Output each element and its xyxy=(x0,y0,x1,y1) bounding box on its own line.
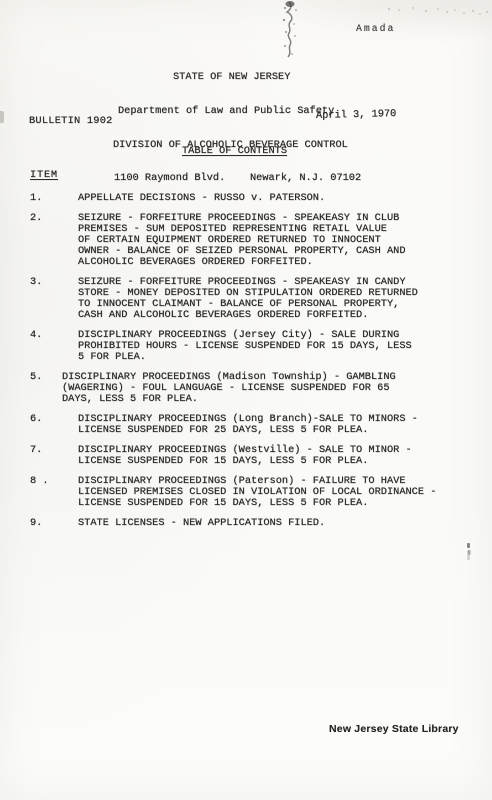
toc-item: 5. DISCIPLINARY PROCEEDINGS (Madison Tow… xyxy=(0,372,492,405)
toc-item: 7. DISCIPLINARY PROCEEDINGS (Westville) … xyxy=(0,445,492,467)
item-number: 2. xyxy=(30,213,42,224)
org-line-address: 1100 Raymond Blvd. Newark, N.J. 07102 xyxy=(114,173,361,184)
item-text: DISCIPLINARY PROCEEDINGS (Long Branch)-S… xyxy=(78,414,470,436)
item-text: APPELLATE DECISIONS - RUSSO v. PATERSON. xyxy=(78,193,470,204)
toc-item: 1. APPELLATE DECISIONS - RUSSO v. PATERS… xyxy=(0,193,492,204)
toc-item: 2. SEIZURE - FORFEITURE PROCEEDINGS - SP… xyxy=(0,213,492,268)
toc-item: 8 . DISCIPLINARY PROCEEDINGS (Paterson) … xyxy=(0,476,492,509)
item-number: 8 . xyxy=(30,476,49,487)
item-text: SEIZURE - FORFEITURE PROCEEDINGS - SPEAK… xyxy=(78,277,470,321)
toc-item: 9. STATE LICENSES - NEW APPLICATIONS FIL… xyxy=(0,518,492,529)
library-stamp: New Jersey State Library xyxy=(329,723,459,735)
toc-title-text: TABLE OF CONTENTS xyxy=(182,145,287,157)
toc-title: TABLE OF CONTENTS xyxy=(0,146,469,157)
item-text: DISCIPLINARY PROCEEDINGS (Paterson) - FA… xyxy=(78,476,470,509)
toc-item: 4. DISCIPLINARY PROCEEDINGS (Jersey City… xyxy=(0,330,492,363)
org-header: STATE OF NEW JERSEY Department of Law an… xyxy=(113,50,361,207)
org-line-state: STATE OF NEW JERSEY xyxy=(173,72,361,83)
issue-date: April 3, 1970 xyxy=(316,109,397,122)
item-number: 9. xyxy=(30,518,42,529)
scan-streaks xyxy=(388,8,390,10)
item-column-header: ITEM xyxy=(30,170,58,181)
item-number: 3. xyxy=(30,277,42,288)
toc-list: 1. APPELLATE DECISIONS - RUSSO v. PATERS… xyxy=(0,193,492,538)
scanned-document-page: Amada STATE OF NEW JERSEY Department of … xyxy=(0,0,492,800)
item-number: 7. xyxy=(30,445,42,456)
item-text: STATE LICENSES - NEW APPLICATIONS FILED. xyxy=(78,518,470,529)
item-text: DISCIPLINARY PROCEEDINGS (Jersey City) -… xyxy=(78,330,470,363)
handwritten-note: Amada xyxy=(356,23,395,34)
item-number: 6. xyxy=(30,414,42,425)
toc-item: 6. DISCIPLINARY PROCEEDINGS (Long Branch… xyxy=(0,414,492,436)
scan-speck xyxy=(0,111,4,123)
bulletin-number: BULLETIN 1902 xyxy=(29,116,113,127)
item-text: DISCIPLINARY PROCEEDINGS (Madison Townsh… xyxy=(62,372,454,405)
item-text: DISCIPLINARY PROCEEDINGS (Westville) - S… xyxy=(78,445,470,467)
item-number: 4. xyxy=(30,330,42,341)
item-number: 1. xyxy=(30,193,42,204)
toc-item: 3. SEIZURE - FORFEITURE PROCEEDINGS - SP… xyxy=(0,277,492,321)
item-number: 5. xyxy=(30,372,42,383)
item-text: SEIZURE - FORFEITURE PROCEEDINGS - SPEAK… xyxy=(78,213,470,268)
stray-mark xyxy=(467,543,470,548)
